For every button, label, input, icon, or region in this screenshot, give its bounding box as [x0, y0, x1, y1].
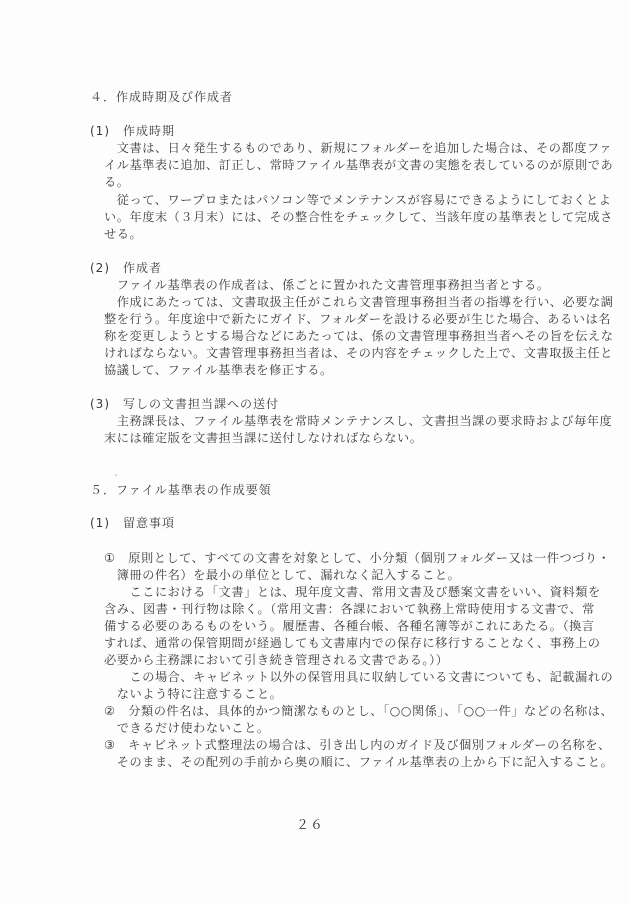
scan-speck [115, 474, 117, 476]
paragraph-line: ければならない。文書管理事務担当者は、その内容をチェックした上で、文書取扱主任と [104, 345, 613, 362]
paragraph-line: る。 [104, 174, 129, 191]
paragraph-line: 文書は、日々発生するものであり、新規にフォルダーを追加した場合は、その都度ファ [104, 140, 612, 157]
paragraph-line: 作成にあたっては、文書取扱主任がこれら文書管理事務担当者の指導を行い、必要な調 [104, 294, 614, 311]
section-4-3-heading: (3) 写しの文書担当課への送付 [90, 396, 279, 413]
list-item-line: ないよう特に注意すること。 [104, 686, 282, 703]
page-number: ２６ [296, 814, 324, 833]
paragraph-line: 整を行う。年度途中で新たにガイド、フォルダーを設ける必要が生じた場合、あるいは名 [104, 311, 611, 328]
paragraph-line: ファイル基準表の作成者は、係ごとに置かれた文書管理事務担当者とする。 [104, 277, 550, 294]
list-item-line: 簿冊の件名）を最小の単位として、漏れなく記入すること。 [104, 567, 460, 584]
list-item-line: すれば、通常の保管期間が経過しても文書庫内での保存に移行することなく、事務上の [104, 635, 601, 652]
list-item-line: できるだけ使わないこと。 [104, 720, 270, 737]
section-4-heading: ４．作成時期及び作成者 [90, 89, 233, 106]
list-item-line: 含み、図書・刊行物は除く。（常用文書：各課において執務上常時使用する文書で、常 [104, 601, 595, 618]
paragraph-line: 協議して、ファイル基準表を修正する。 [104, 362, 333, 379]
section-5-1-heading: (1) 留意事項 [90, 515, 175, 532]
paragraph-line: せる。 [104, 226, 142, 243]
paragraph-line: 従って、ワープロまたはパソコン等でメンテナンスが容易にできるようにしておくとよ [104, 192, 611, 209]
list-item-line: 必要から主務課において引き続き管理される文書である。）） [104, 652, 448, 669]
list-item-line: ここにおける「文書」とは、現年度文書、常用文書及び懸案文書をいい、資料類を [104, 584, 601, 601]
list-item-line: ② 分類の件名は、具体的かつ簡潔なものとし、「○○関係」、「○○一件」などの名称… [104, 703, 613, 720]
section-5-heading: ５．ファイル基準表の作成要領 [90, 482, 272, 499]
list-item-line: この場合、キャビネット以外の保管用具に収納している文書についても、記載漏れの [104, 669, 613, 686]
paragraph-line: 主務課長は、ファイル基準表を常時メンテナンスし、文書担当課の要求時および毎年度 [104, 413, 612, 430]
list-item-line: そのまま、その配列の手前から奥の順に、ファイル基準表の上から下に記入すること。 [104, 754, 613, 771]
list-item-line: ③ キャビネット式整理法の場合は、引き出し内のガイド及び個別フォルダーの名称を、 [104, 737, 611, 754]
section-4-2-heading: (2) 作成者 [90, 260, 162, 277]
document-page: ４．作成時期及び作成者 (1) 作成時期 文書は、日々発生するものであり、新規に… [0, 0, 630, 903]
paragraph-line: 称を変更しようとする場合などにあたっては、係の文書管理事務担当者へその旨を伝えな [104, 328, 614, 345]
paragraph-line: イル基準表に追加、訂正し、常時ファイル基準表が文書の実態を表しているのが原則であ [104, 157, 613, 174]
paragraph-line: 末には確定版を文書担当課に送付しなければならない。 [104, 430, 422, 447]
list-item-line: 備する必要のあるものをいう。履歴書、各種台帳、各種名簿等がこれにあたる。（換言 [104, 618, 595, 635]
paragraph-line: い。年度末（３月末）には、その整合性をチェックして、当該年度の基準表として完成さ [104, 209, 613, 226]
list-item-line: ① 原則として、すべての文書を対象として、小分類（個別フォルダー又は一件つづり・ [104, 550, 610, 567]
section-4-1-heading: (1) 作成時期 [90, 123, 175, 140]
